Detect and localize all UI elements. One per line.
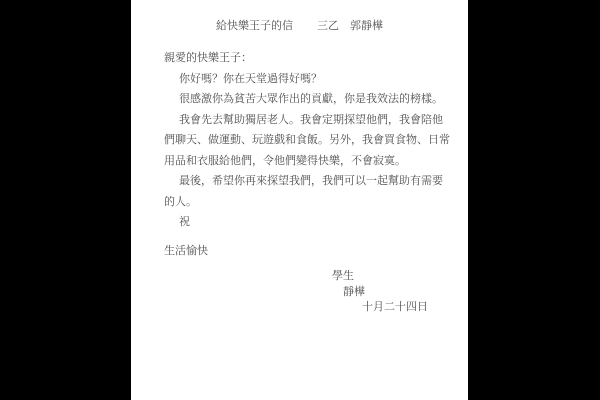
body-line: 用品和衣服給他們，令他們變得快樂，不會寂寞。 xyxy=(164,151,452,172)
signature-block: 學生 靜樺 十月二十四日 xyxy=(131,269,468,316)
salutation-line: 親愛的快樂王子： xyxy=(164,48,452,69)
body-line: 們聊天、做運動、玩遊戲和食飯。另外，我會買食物、日常 xyxy=(164,130,452,151)
wish-lead-line: 祝 xyxy=(164,212,452,233)
letter-page: 給快樂王子的信三乙 郭靜樺 親愛的快樂王子： 你好嗎？你在天堂過得好嗎？ 很感激… xyxy=(131,0,468,400)
letter-class-author: 三乙 郭靜樺 xyxy=(317,20,383,32)
signature-name: 靜樺 xyxy=(131,285,468,301)
closing-wish: 生活愉快 xyxy=(131,241,468,262)
body-line: 的人。 xyxy=(164,192,452,213)
body-line: 你好嗎？你在天堂過得好嗎？ xyxy=(164,69,452,90)
body-line: 很感激你為貧苦大眾作出的貢獻，你是我效法的榜樣。 xyxy=(164,89,452,110)
letter-body: 親愛的快樂王子： 你好嗎？你在天堂過得好嗎？ 很感激你為貧苦大眾作出的貢獻，你是… xyxy=(131,48,468,233)
letter-title: 給快樂王子的信 xyxy=(216,20,293,32)
body-line: 最後，希望你再來探望我們，我們可以一起幫助有需要 xyxy=(164,171,452,192)
viewer-background: { "colors": { "background": "#000000", "… xyxy=(0,0,600,400)
signature-date: 十月二十四日 xyxy=(131,300,468,316)
letter-title-row: 給快樂王子的信三乙 郭靜樺 xyxy=(131,20,468,33)
letterbox-stage: 給快樂王子的信三乙 郭靜樺 親愛的快樂王子： 你好嗎？你在天堂過得好嗎？ 很感激… xyxy=(0,0,600,400)
signature-role: 學生 xyxy=(131,269,468,285)
body-line: 我會先去幫助獨居老人。我會定期探望他們，我會陪他 xyxy=(164,110,452,131)
